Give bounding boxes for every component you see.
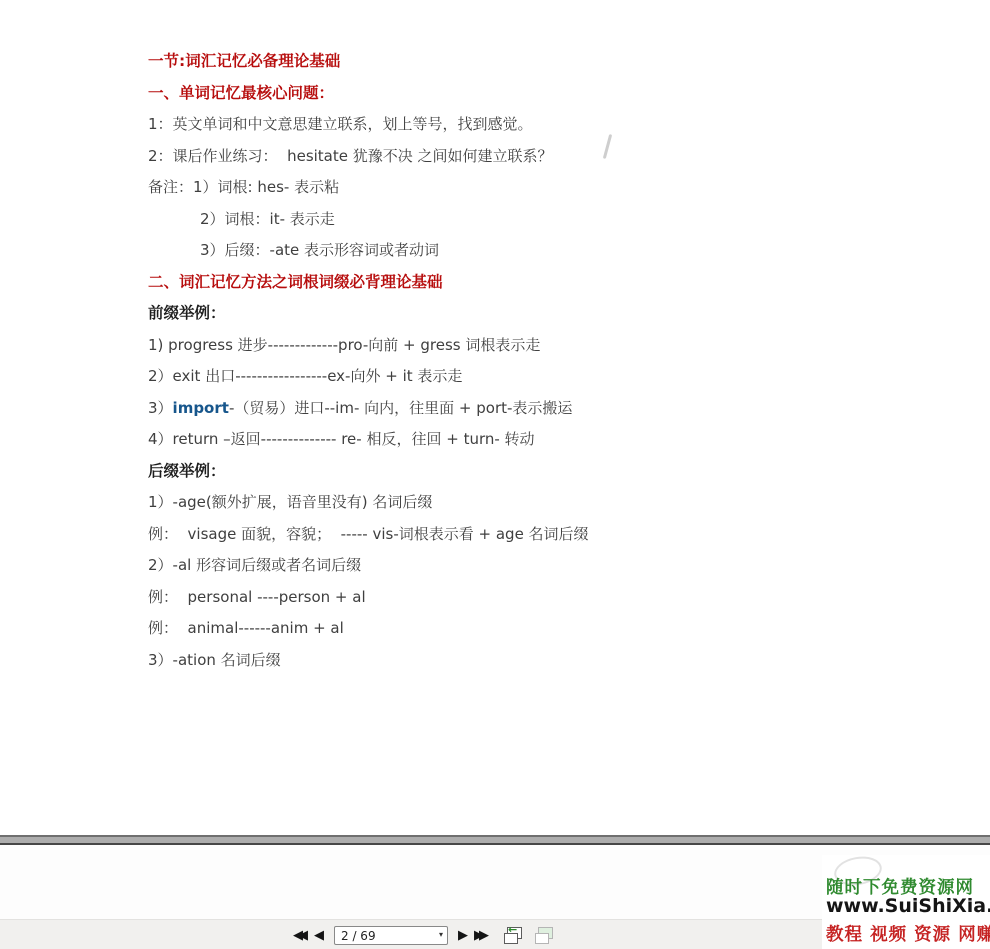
chevron-down-icon: ▾ xyxy=(439,930,443,939)
doc-heading-topic1: 一、单词记忆最核心问题： xyxy=(148,78,589,110)
pen-stroke-artifact xyxy=(603,134,612,159)
doc-text: -（贸易）进口--im- 向内，往里面 + port-表示搬运 xyxy=(229,399,572,417)
doc-line: 2）词根：it- 表示走 xyxy=(148,204,589,236)
watermark: 随时下免费资源网 www.SuiShiXia.com 教程 视频 资源 网赚 xyxy=(822,855,990,949)
horizontal-scrollbar[interactable] xyxy=(0,835,990,845)
doc-heading-topic2: 二、词汇记忆方法之词根词缀必背理论基础 xyxy=(148,267,589,299)
document-viewer: 一节:词汇记忆必备理论基础 一、单词记忆最核心问题： 1：英文单词和中文意思建立… xyxy=(0,0,990,949)
doc-subheading-prefix: 前缀举例： xyxy=(148,298,589,330)
doc-line: 例： animal------anim + al xyxy=(148,613,589,645)
doc-line: 2）-al 形容词后缀或者名词后缀 xyxy=(148,550,589,582)
doc-line: 2：课后作业练习： hesitate 犹豫不决 之间如何建立联系？ xyxy=(148,141,589,173)
doc-subheading-suffix: 后缀举例： xyxy=(148,456,589,488)
doc-highlight-word: import xyxy=(173,399,229,417)
doc-line: 3）后缀：-ate 表示形容词或者动词 xyxy=(148,235,589,267)
next-page-icon: ▶ xyxy=(458,928,468,943)
window-front-icon xyxy=(535,933,549,944)
previous-page-button[interactable]: ◀ xyxy=(311,927,327,944)
next-view-button[interactable] xyxy=(535,927,554,944)
doc-line: 1) progress 进步-------------pro-向前 + gres… xyxy=(148,330,589,362)
last-page-icon: ▶▶ xyxy=(474,928,484,943)
previous-view-button[interactable]: ← xyxy=(504,927,523,944)
document-page: 一节:词汇记忆必备理论基础 一、单词记忆最核心问题： 1：英文单词和中文意思建立… xyxy=(0,0,990,835)
doc-line: 3）-ation 名词后缀 xyxy=(148,645,589,677)
first-page-button[interactable]: ◀◀ xyxy=(290,927,311,944)
doc-line-import: 3）import-（贸易）进口--im- 向内，往里面 + port-表示搬运 xyxy=(148,393,589,425)
next-page-button[interactable]: ▶ xyxy=(455,927,471,944)
doc-text: 3） xyxy=(148,399,173,417)
watermark-tagline: 教程 视频 资源 网赚 xyxy=(826,921,990,946)
last-page-button[interactable]: ▶▶ xyxy=(471,927,492,944)
watermark-url: www.SuiShiXia.com xyxy=(826,895,990,917)
page-number-combobox[interactable]: 2 / 69 ▾ xyxy=(334,926,448,945)
doc-line: 4）return –返回-------------- re- 相反，往回 + t… xyxy=(148,424,589,456)
doc-line: 1）-age(额外扩展，语音里没有) 名词后缀 xyxy=(148,487,589,519)
doc-line: 备注：1）词根: hes- 表示粘 xyxy=(148,172,589,204)
document-content: 一节:词汇记忆必备理论基础 一、单词记忆最核心问题： 1：英文单词和中文意思建立… xyxy=(148,46,589,676)
doc-line: 例： visage 面貌，容貌； ----- vis-词根表示看 + age 名… xyxy=(148,519,589,551)
arrow-left-icon: ← xyxy=(508,924,517,935)
page-navigation-toolbar: ◀◀ ◀ 2 / 69 ▾ ▶ ▶▶ ← xyxy=(290,920,554,949)
previous-page-icon: ◀ xyxy=(314,928,324,943)
doc-line: 2）exit 出口-----------------ex-向外 + it 表示走 xyxy=(148,361,589,393)
first-page-icon: ◀◀ xyxy=(293,928,303,943)
page-indicator: 2 / 69 xyxy=(341,928,376,944)
doc-line: 例： personal ----person + al xyxy=(148,582,589,614)
doc-heading-section: 一节:词汇记忆必备理论基础 xyxy=(148,46,589,78)
doc-line: 1：英文单词和中文意思建立联系，划上等号，找到感觉。 xyxy=(148,109,589,141)
